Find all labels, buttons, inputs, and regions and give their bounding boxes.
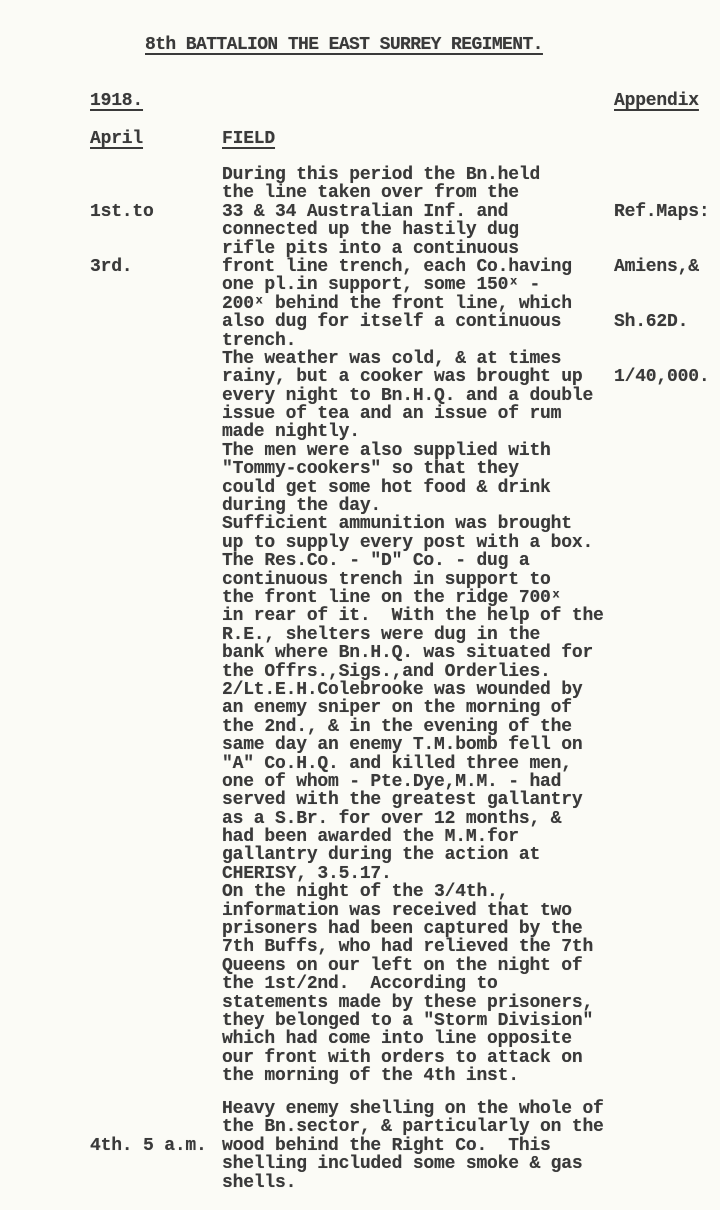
body-line: connected up the hastily dug: [222, 221, 604, 239]
body-line: 2/Lt.E.H.Colebrooke was wounded by: [222, 681, 604, 699]
body-line: the morning of the 4th inst.: [222, 1067, 604, 1085]
body-line: The Res.Co. - "D" Co. - dug a: [222, 552, 604, 570]
body-line: made nightly.: [222, 423, 604, 441]
body-line: front line trench, each Co.having: [222, 258, 604, 276]
body-line: in rear of it. With the help of the: [222, 607, 604, 625]
entry-body: During this period the Bn.heldthe line t…: [222, 166, 604, 1086]
body-line: every night to Bn.H.Q. and a double: [222, 387, 604, 405]
body-line: one of whom - Pte.Dye,M.M. - had: [222, 773, 604, 791]
body-line: also dug for itself a continuous: [222, 313, 604, 331]
entry-date: 1st.to 3rd.: [90, 166, 154, 313]
body-line: The men were also supplied with: [222, 442, 604, 460]
body-line: same day an enemy T.M.bomb fell on: [222, 736, 604, 754]
body-line: had been awarded the M.M.for: [222, 828, 604, 846]
body-line: prisoners had been captured by the: [222, 920, 604, 938]
body-line: the line taken over from the: [222, 184, 604, 202]
body-line: On the night of the 3/4th.,: [222, 883, 604, 901]
body-line: they belonged to a "Storm Division": [222, 1012, 604, 1030]
body-line: R.E., shelters were dug in the: [222, 626, 604, 644]
body-line: 33 & 34 Australian Inf. and: [222, 203, 604, 221]
body-line: CHERISY, 3.5.17.: [222, 865, 604, 883]
body-line: information was received that two: [222, 902, 604, 920]
body-line: issue of tea and an issue of rum: [222, 405, 604, 423]
body-line: our front with orders to attack on: [222, 1049, 604, 1067]
body-line: 200ˣ behind the front line, which: [222, 295, 604, 313]
body-line: the 1st/2nd. According to: [222, 975, 604, 993]
date-line: 1st.to: [90, 203, 154, 221]
body-line: which had come into line opposite: [222, 1030, 604, 1048]
date-line: 3rd.: [90, 258, 154, 276]
body-line: the Bn.sector, & particularly on the: [222, 1118, 604, 1136]
month-heading: April: [90, 130, 143, 148]
body-line: The weather was cold, & at times: [222, 350, 604, 368]
body-line: rainy, but a cooker was brought up: [222, 368, 604, 386]
body-line: trench.: [222, 332, 604, 350]
year-heading: 1918.: [90, 92, 143, 110]
date-line: 4th. 5 a.m.: [90, 1137, 207, 1155]
body-line: "Tommy-cookers" so that they: [222, 460, 604, 478]
document-title: 8th BATTALION THE EAST SURREY REGIMENT.: [145, 36, 543, 54]
location-heading: FIELD: [222, 130, 275, 148]
body-line: as a S.Br. for over 12 months, &: [222, 810, 604, 828]
body-line: rifle pits into a continuous: [222, 240, 604, 258]
ref-line: Ref.Maps:: [614, 203, 709, 221]
ref-line: Amiens,&: [614, 258, 709, 276]
appendix-column-heading: Appendix: [614, 92, 699, 110]
body-line: Sufficient ammunition was brought: [222, 515, 604, 533]
body-line: Queens on our left on the night of: [222, 957, 604, 975]
body-line: gallantry during the action at: [222, 846, 604, 864]
body-line: the 2nd., & in the evening of the: [222, 718, 604, 736]
body-line: shells.: [222, 1174, 604, 1192]
body-line: served with the greatest gallantry: [222, 791, 604, 809]
entry-reference: Ref.Maps: Amiens,& Sh.62D. 1/40,000.: [614, 166, 709, 424]
body-line: 7th Buffs, who had relieved the 7th: [222, 938, 604, 956]
war-diary-page: 8th BATTALION THE EAST SURREY REGIMENT. …: [0, 0, 720, 1210]
entry-date: 4th. 5 a.m.: [90, 1100, 207, 1192]
body-line: the Offrs.,Sigs.,and Orderlies.: [222, 663, 604, 681]
body-line: up to supply every post with a box.: [222, 534, 604, 552]
body-line: "A" Co.H.Q. and killed three men,: [222, 755, 604, 773]
body-line: bank where Bn.H.Q. was situated for: [222, 644, 604, 662]
ref-line: 1/40,000.: [614, 368, 709, 386]
body-line: the front line on the ridge 700ˣ: [222, 589, 604, 607]
body-line: During this period the Bn.held: [222, 166, 604, 184]
body-line: an enemy sniper on the morning of: [222, 699, 604, 717]
body-line: during the day.: [222, 497, 604, 515]
body-line: could get some hot food & drink: [222, 479, 604, 497]
body-line: Heavy enemy shelling on the whole of: [222, 1100, 604, 1118]
body-line: wood behind the Right Co. This: [222, 1137, 604, 1155]
entry-body: Heavy enemy shelling on the whole ofthe …: [222, 1100, 604, 1192]
body-line: one pl.in support, some 150ˣ -: [222, 276, 604, 294]
body-line: statements made by these prisoners,: [222, 994, 604, 1012]
ref-line: Sh.62D.: [614, 313, 709, 331]
body-line: shelling included some smoke & gas: [222, 1155, 604, 1173]
body-line: continuous trench in support to: [222, 571, 604, 589]
